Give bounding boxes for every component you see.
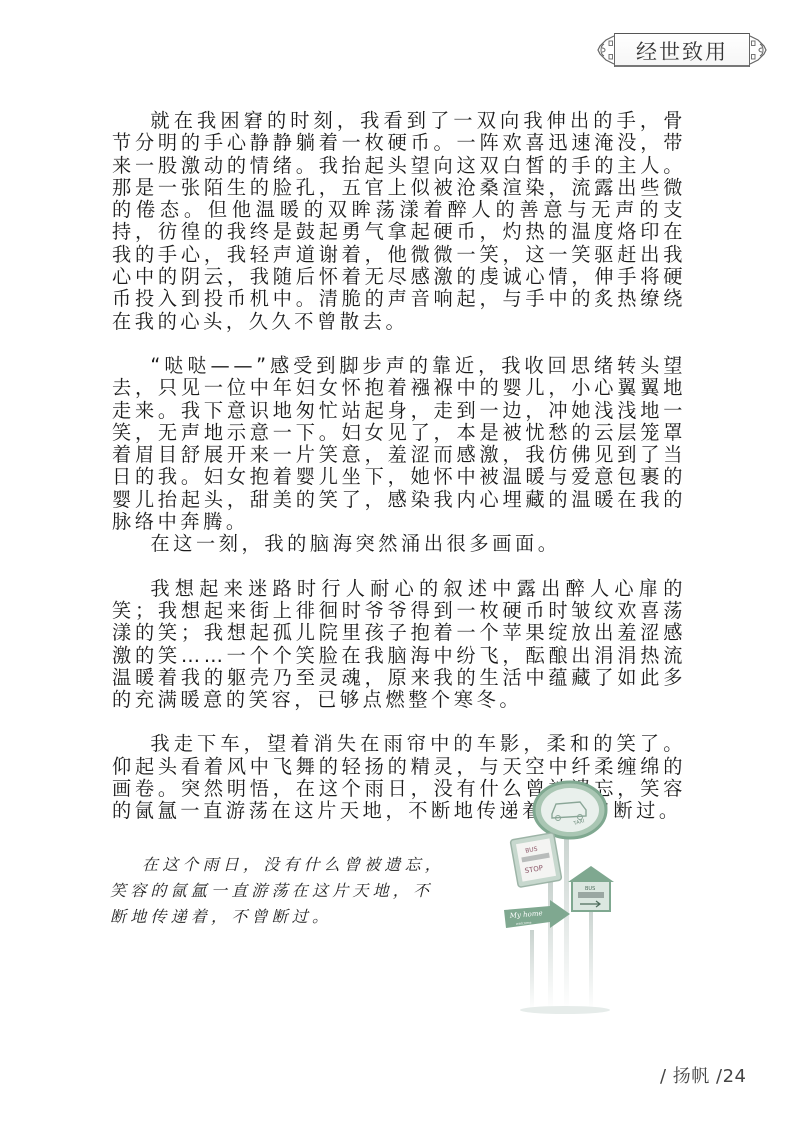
paragraph: 在这一刻，我的脑海突然涌出很多画面。: [112, 533, 686, 555]
pole: [589, 905, 593, 1010]
paragraph: “哒哒——”感受到脚步声的靠近，我收回思绪转头望去，只见一位中年妇女怀抱着襁褓中…: [112, 355, 686, 533]
article-body: 就在我困窘的时刻，我看到了一双向我伸出的手，骨节分明的手心静静躺着一枚硬币。一阵…: [112, 110, 686, 823]
section-title: 经世致用: [596, 36, 768, 66]
pole: [530, 930, 534, 1010]
taxi-sign-icon: TAXI: [534, 782, 606, 838]
svg-text:welcome: welcome: [516, 921, 532, 926]
signpost-illustration: TAXI BUS STOP BUS My home welcome: [490, 770, 640, 1020]
paragraph: 就在我困窘的时刻，我看到了一双向我伸出的手，骨节分明的手心静静躺着一枚硬币。一阵…: [112, 110, 686, 333]
ornament-knot-icon: [748, 32, 768, 68]
bus-house-sign-icon: BUS: [568, 866, 614, 911]
section-banner: 经世致用: [596, 30, 768, 70]
page-number: / 扬帆 /24: [660, 1062, 746, 1088]
pole: [564, 830, 569, 1010]
svg-text:BUS: BUS: [585, 886, 595, 892]
caption-text: 在这个雨日，没有什么曾被遗忘，笑容的氤氲一直游荡在这片天地，不断地传递着，不曾断…: [110, 852, 450, 930]
caption: 在这个雨日，没有什么曾被遗忘，笑容的氤氲一直游荡在这片天地，不断地传递着，不曾断…: [110, 852, 450, 930]
pole: [548, 880, 553, 1010]
bus-stop-sign-icon: BUS STOP: [510, 833, 562, 888]
my-home-arrow-sign-icon: My home welcome: [504, 900, 570, 928]
paragraph: 我想起来迷路时行人耐心的叙述中露出醉人心扉的笑；我想起来街上徘徊时爷爷得到一枚硬…: [112, 578, 686, 712]
